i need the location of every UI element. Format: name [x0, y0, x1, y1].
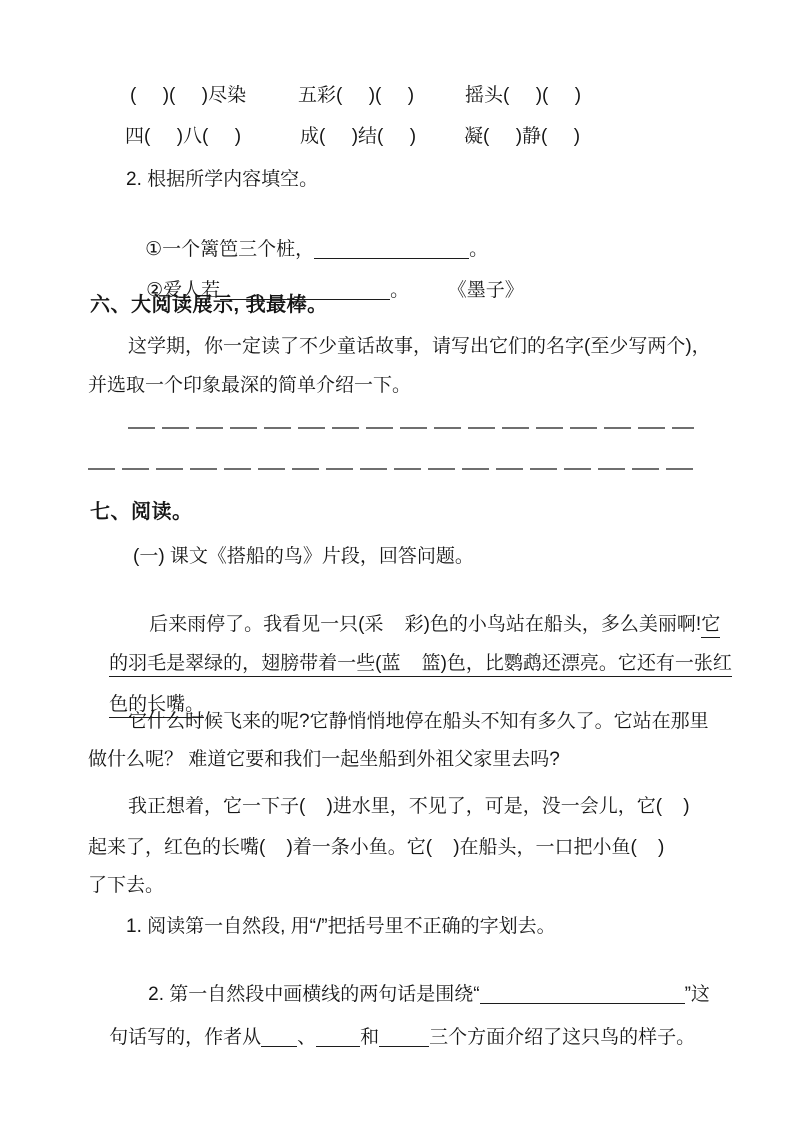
answer-rule-2 — [88, 468, 700, 470]
passage-p2-line-1: 它什么时候飞来的呢?它静悄悄地停在船头不知有多久了。它站在那里 — [128, 708, 709, 736]
idiom-blank-jinran: ( )( )尽染 — [130, 82, 246, 110]
idiom-blank-ningjing: 凝( )静( ) — [464, 123, 580, 151]
passage-p1-line-1: 后来雨停了。我看见一只(采 彩)色的小鸟站在船头，多么美丽啊!它 — [128, 583, 720, 611]
idiom-blank-wucai: 五彩( )( ) — [298, 82, 414, 110]
reading-question-1: 1. 阅读第一自然段, 用“/”把括号里不正确的字划去。 — [126, 913, 556, 941]
idiom-blank-yaotou: 摇头( )( ) — [465, 82, 581, 110]
q2-aspect-blank-1 — [261, 1030, 297, 1047]
fill-blank-line-1: ①一个篱笆三个桩，。 — [124, 208, 488, 236]
q2-line2-part2: 三个方面介绍了这只鸟的样子。 — [429, 1027, 695, 1048]
section-seven-heading: 七、阅读。 — [90, 498, 193, 526]
reading-question-2-line-1: 2. 第一自然段中画横线的两句话是围绕“”这 — [127, 953, 710, 981]
section-six-paragraph-line-1: 这学期，你一定读了不少童话故事，请写出它们的名字(至少写两个)， — [128, 333, 711, 361]
reading-part-one-title: (一) 课文《搭船的鸟》片段，回答问题。 — [133, 543, 474, 571]
q2-line2-sep1: 、 — [297, 1027, 316, 1048]
passage-p1-line-3: 色的长嘴。 — [88, 663, 204, 691]
section-six-paragraph-line-2: 并选取一个印象最深的简单介绍一下。 — [88, 372, 411, 400]
q2-aspect-blank-2 — [316, 1030, 360, 1047]
passage-p3-line-2: 起来了，红色的长嘴( )着一条小鱼。它( )在船头，一口把小鱼( ) — [88, 834, 664, 862]
section-six-heading: 六、大阅读展示, 我最棒。 — [90, 291, 328, 319]
question-2-label: 2. 根据所学内容填空。 — [126, 166, 318, 194]
fill-blank-line-2: ②爱人若。《墨子》 — [125, 249, 524, 277]
worksheet-page: ( )( )尽染 五彩( )( ) 摇头( )( ) 四( )八( ) 成( )… — [0, 0, 793, 1122]
reading-question-2-line-2: 句话写的，作者从、和三个方面介绍了这只鸟的样子。 — [88, 996, 695, 1024]
passage-p1-line-2: 的羽毛是翠绿的，翅膀带着一些(蓝 篮)色，比鹦鹉还漂亮。它还有一张红 — [88, 622, 732, 650]
q2-aspect-blank-3 — [379, 1030, 429, 1047]
passage-p2-line-2: 做什么呢？ 难道它要和我们一起坐船到外祖父家里去吗? — [88, 746, 560, 774]
fill2-suffix: 。 — [390, 280, 409, 301]
idiom-blank-siba: 四( )八( ) — [125, 123, 241, 151]
fill2-source: 《墨子》 — [457, 280, 524, 301]
q2-line2-part1: 句话写的，作者从 — [109, 1027, 261, 1048]
passage-p3-line-3: 了下去。 — [88, 872, 164, 900]
passage-p3-line-1: 我正想着，它一下子( )进水里，不见了，可是，没一会儿，它( ) — [128, 793, 690, 821]
idiom-blank-chengjie: 成( )结( ) — [300, 123, 416, 151]
q2-line2-sep2: 和 — [360, 1027, 379, 1048]
answer-rule-1 — [128, 427, 694, 429]
